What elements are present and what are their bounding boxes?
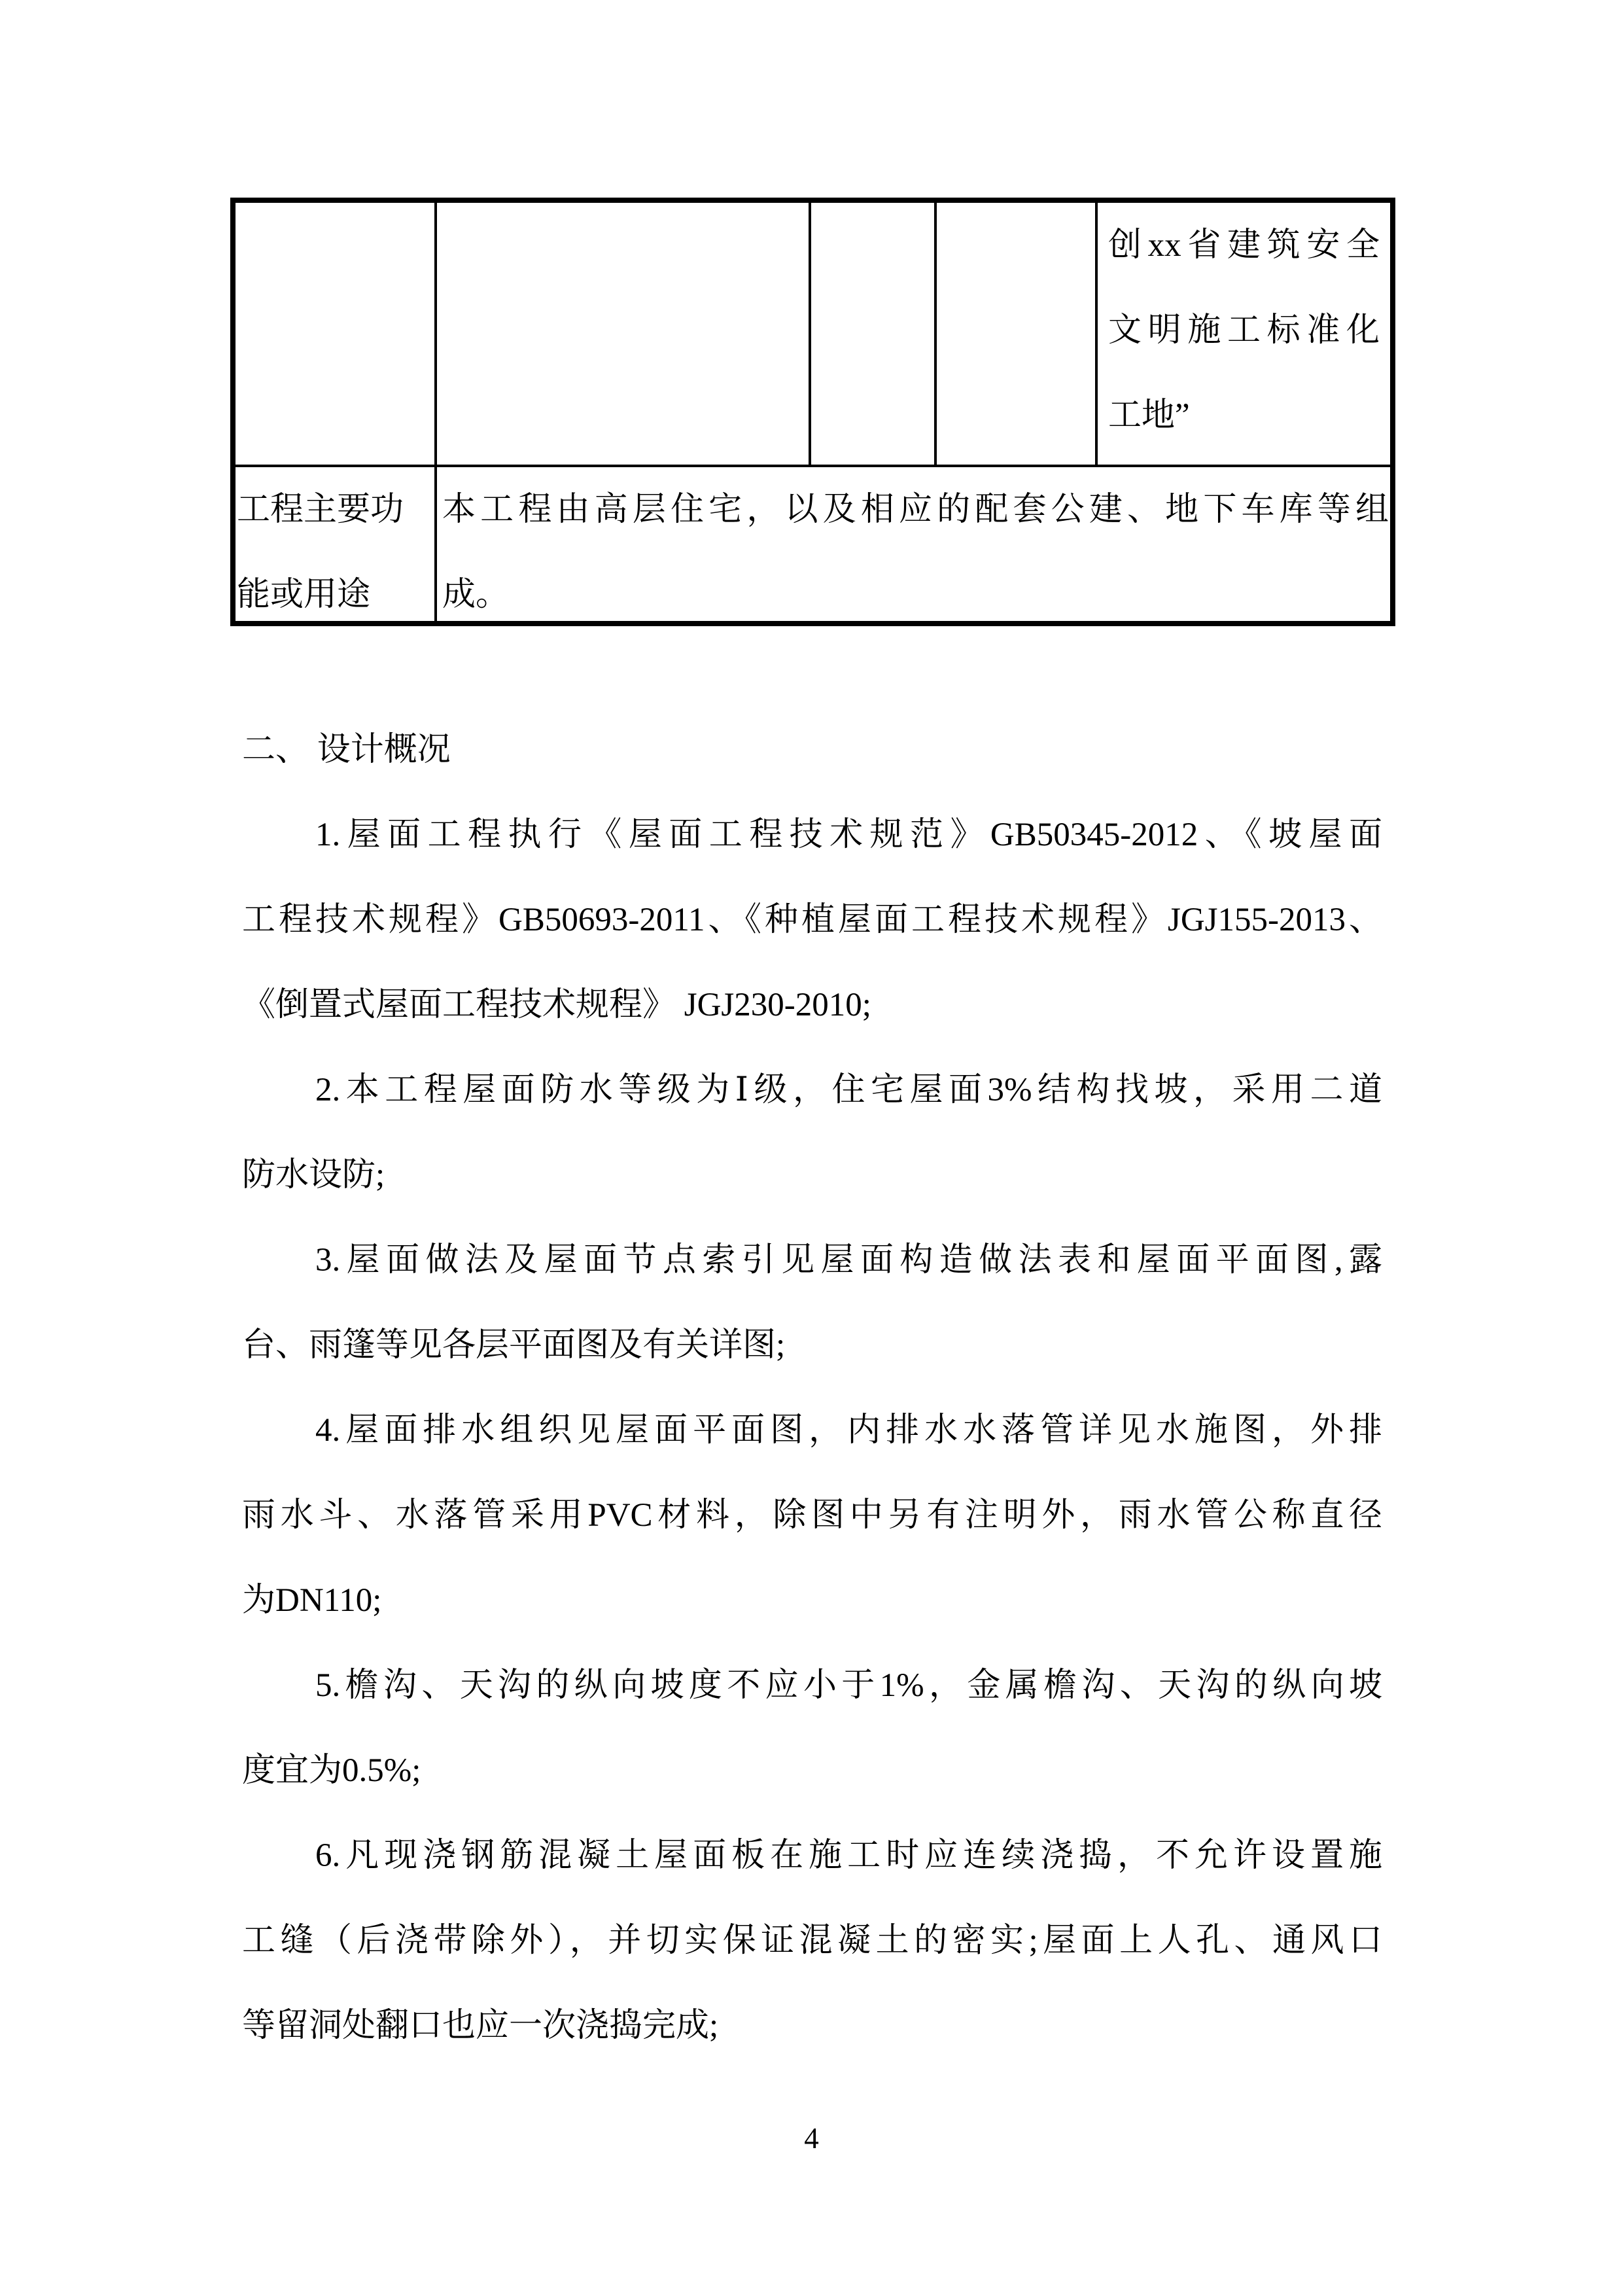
table-column-divider-1 bbox=[434, 203, 437, 465]
award-line: 文明施工标准化 bbox=[1108, 288, 1380, 373]
table-column-divider-2 bbox=[809, 203, 811, 465]
body-line: 2.本工程屋面防水等级为Ⅰ级，住宅屋面3%结构找坡，采用二道 bbox=[242, 1048, 1382, 1133]
body-line: 为DN110; bbox=[242, 1558, 1382, 1643]
body-line: 1.屋面工程执行《屋面工程技术规范》GB50345-2012、《坡屋面 bbox=[242, 792, 1382, 877]
body-line: 工程技术规程》GB50693-2011、《种植屋面工程技术规程》JGJ155-2… bbox=[242, 877, 1382, 963]
table-cell-function-label: 工程主要功 能或用途 bbox=[237, 467, 437, 637]
function-value-line: 成。 bbox=[442, 552, 1389, 637]
document-page: 创xx省建筑安全 文明施工标准化 工地” 工程主要功 能或用途 本工程由高层住宅… bbox=[0, 0, 1623, 2296]
body-line: 等留洞处翻口也应一次浇捣完成; bbox=[242, 1983, 1382, 2068]
body-line: 4.屋面排水组织见屋面平面图，内排水水落管详见水施图，外排 bbox=[242, 1388, 1382, 1473]
page-number: 4 bbox=[0, 2119, 1623, 2158]
design-overview-section: 二、 设计概况 1.屋面工程执行《屋面工程技术规范》GB50345-2012、《… bbox=[242, 707, 1382, 2068]
award-line: 工地” bbox=[1108, 373, 1380, 458]
body-line: 5.檐沟、天沟的纵向坡度不应小于1%，金属檐沟、天沟的纵向坡 bbox=[242, 1643, 1382, 1728]
function-label-line: 工程主要功 bbox=[237, 467, 437, 552]
table-column-divider-3 bbox=[934, 203, 937, 465]
body-line: 3.屋面做法及屋面节点索引见屋面构造做法表和屋面平面图,露 bbox=[242, 1218, 1382, 1303]
function-value-line: 本工程由高层住宅，以及相应的配套公建、地下车库等组 bbox=[442, 467, 1389, 552]
project-info-table: 创xx省建筑安全 文明施工标准化 工地” 工程主要功 能或用途 本工程由高层住宅… bbox=[230, 198, 1395, 626]
body-line: 6.凡现浇钢筋混凝土屋面板在施工时应连续浇捣，不允许设置施 bbox=[242, 1813, 1382, 1898]
body-line: 台、雨篷等见各层平面图及有关详图; bbox=[242, 1303, 1382, 1388]
table-column-divider-4 bbox=[1095, 203, 1098, 465]
table-cell-function-value: 本工程由高层住宅，以及相应的配套公建、地下车库等组 成。 bbox=[442, 467, 1389, 637]
award-line: 创xx省建筑安全 bbox=[1108, 203, 1380, 288]
body-line: 《倒置式屋面工程技术规程》 JGJ230-2010; bbox=[242, 963, 1382, 1048]
section-heading: 二、 设计概况 bbox=[242, 707, 1382, 792]
table-cell-award-target: 创xx省建筑安全 文明施工标准化 工地” bbox=[1108, 203, 1380, 458]
body-line: 雨水斗、水落管采用PVC材料，除图中另有注明外，雨水管公称直径 bbox=[242, 1473, 1382, 1558]
body-line: 工缝（后浇带除外），并切实保证混凝土的密实;屋面上人孔、通风口 bbox=[242, 1898, 1382, 1983]
function-label-line: 能或用途 bbox=[237, 552, 437, 637]
body-line: 防水设防; bbox=[242, 1133, 1382, 1218]
body-line: 度宜为0.5%; bbox=[242, 1728, 1382, 1813]
